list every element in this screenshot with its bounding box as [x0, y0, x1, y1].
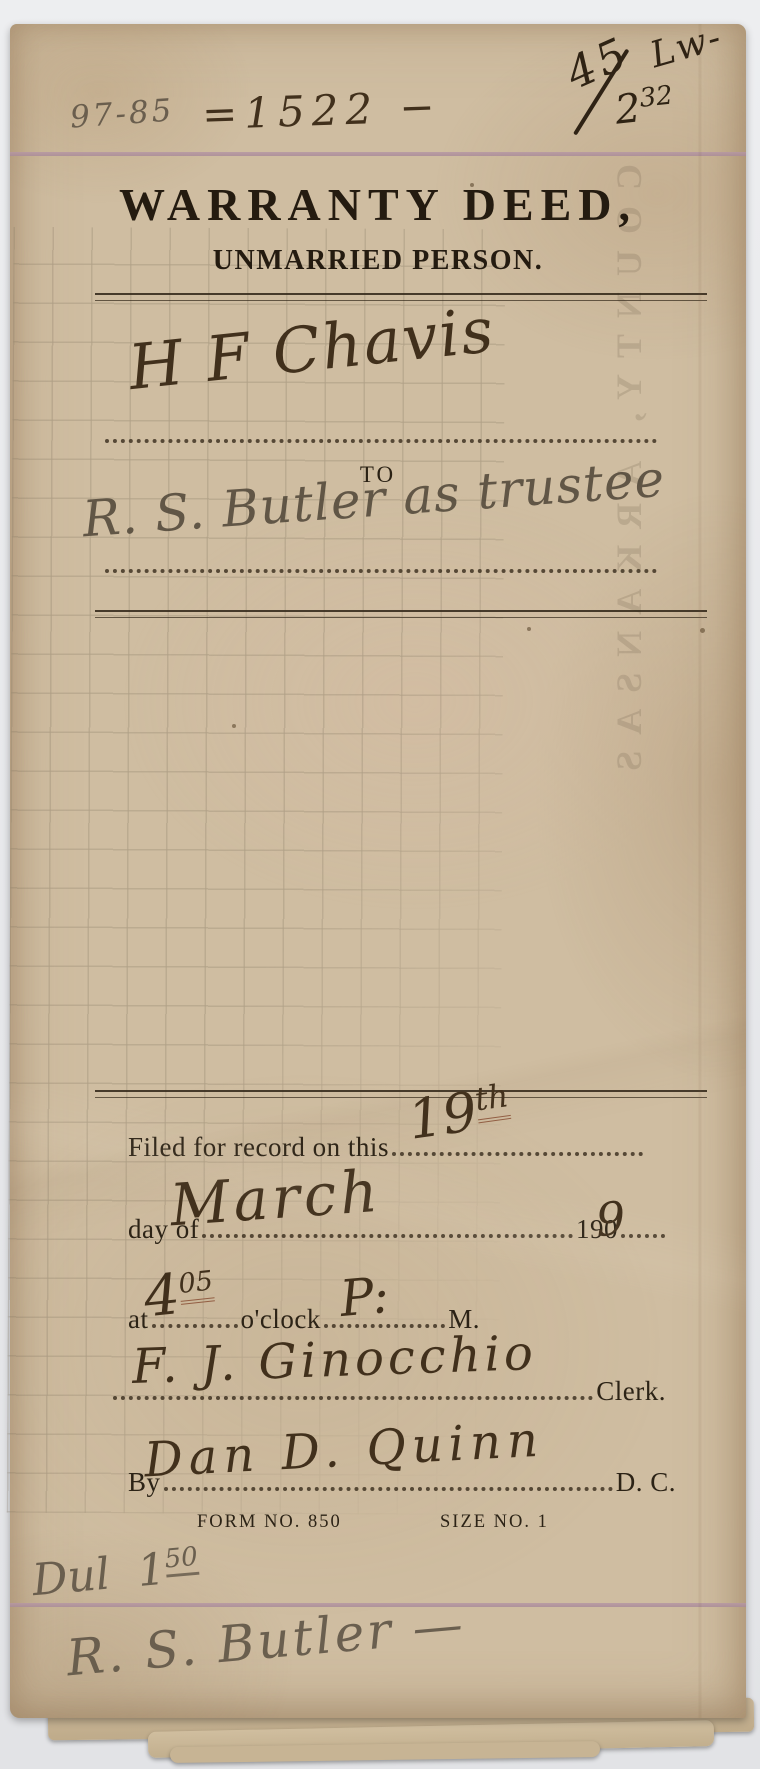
- deed-cover-page: COUNTY, ARKANSAS 97-85 =1522 − 45 232 Lw…: [10, 24, 746, 1718]
- ghost-bleedthrough-text: COUNTY, ARKANSAS: [608, 164, 650, 1144]
- handwritten-time: 405: [141, 1259, 217, 1331]
- form-number: FORM NO. 850: [197, 1512, 342, 1533]
- ink-speck: [700, 628, 705, 633]
- handwritten-meridiem: P:: [338, 1266, 392, 1328]
- document-title: WARRANTY DEED,: [10, 178, 746, 231]
- dotted-leader: [113, 1396, 593, 1400]
- handwritten-year-digit: 9: [594, 1191, 627, 1247]
- scanned-document: COUNTY, ARKANSAS 97-85 =1522 − 45 232 Lw…: [0, 0, 760, 1769]
- ink-speck: [232, 724, 236, 728]
- double-rule: [95, 293, 707, 301]
- dc-label: D. C.: [616, 1467, 676, 1498]
- document-subtitle: UNMARRIED PERSON.: [10, 245, 746, 277]
- dotted-leader: [202, 1234, 573, 1238]
- dotted-line-grantor: [105, 439, 657, 443]
- mauve-rule-top: [10, 152, 746, 156]
- ink-number-annotation: =1522 −: [201, 82, 442, 139]
- owner-name-annotation: R. S. Butler —: [64, 1595, 468, 1688]
- fraction-denominator: 232: [613, 81, 676, 134]
- double-rule: [95, 610, 707, 618]
- dotted-line-grantee: [105, 569, 657, 573]
- fee-annotation: Dul 150: [30, 1541, 201, 1606]
- clerk-label: Clerk.: [596, 1376, 666, 1407]
- dotted-leader: [621, 1234, 665, 1238]
- pencil-number-annotation: 97-85: [69, 92, 176, 135]
- dotted-leader: [164, 1487, 613, 1491]
- oclock-label: o'clock: [241, 1304, 321, 1335]
- grantor-signature: H F Chavis: [125, 293, 498, 404]
- filed-line-1: Filed for record on this: [128, 1132, 646, 1163]
- size-number: SIZE NO. 1: [440, 1512, 549, 1533]
- dotted-leader: [392, 1152, 643, 1156]
- double-rule: [95, 1090, 707, 1098]
- ink-speck: [527, 627, 531, 631]
